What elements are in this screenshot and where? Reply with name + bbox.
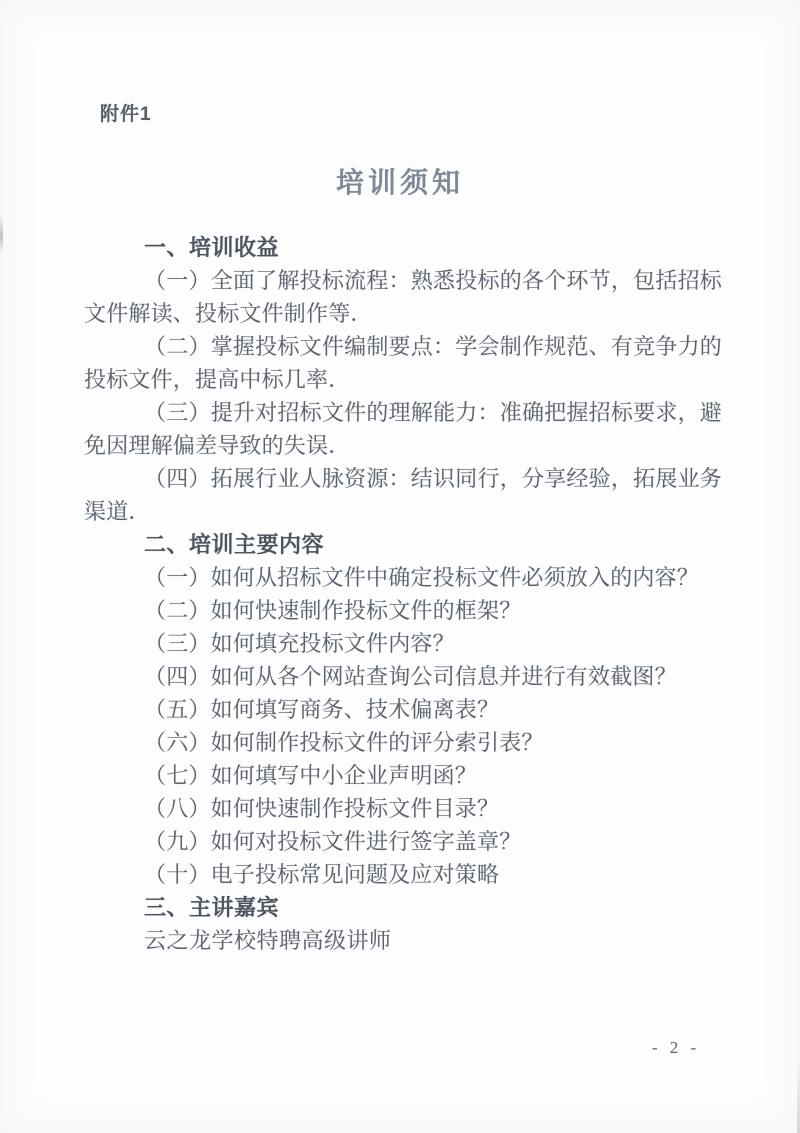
content-item: （八）如何快速制作投标文件目录？ <box>84 792 722 825</box>
content-item: （五）如何填写商务、技术偏离表？ <box>84 693 722 726</box>
content-item: （三）如何填充投标文件内容？ <box>84 627 722 660</box>
content-item: （九）如何对投标文件进行签字盖章？ <box>84 825 722 858</box>
benefit-paragraph: （四）拓展行业人脉资源：结识同行，分享经验，拓展业务渠道． <box>84 462 722 528</box>
content-item: （六）如何制作投标文件的评分索引表？ <box>84 726 722 759</box>
content-item: （七）如何填写中小企业声明函？ <box>84 759 722 792</box>
attachment-label: 附件1 <box>100 99 152 126</box>
scan-edge-left <box>0 215 3 255</box>
benefit-paragraph: （二）掌握投标文件编制要点：学会制作规范、有竞争力的投标文件，提高中标几率． <box>84 330 722 396</box>
content-item: （一）如何从招标文件中确定投标文件必须放入的内容？ <box>84 561 722 594</box>
page-title: 培训须知 <box>0 161 800 201</box>
document-body: 一、培训收益 （一）全面了解投标流程：熟悉投标的各个环节，包括招标文件解读、投标… <box>84 231 722 957</box>
content-item: （二）如何快速制作投标文件的框架？ <box>84 594 722 627</box>
section-heading-benefits: 一、培训收益 <box>84 231 722 264</box>
speaker-line: 云之龙学校特聘高级讲师 <box>84 924 722 957</box>
benefit-paragraph: （一）全面了解投标流程：熟悉投标的各个环节，包括招标文件解读、投标文件制作等． <box>84 264 722 330</box>
benefit-paragraph: （三）提升对招标文件的理解能力：准确把握招标要求，避免因理解偏差导致的失误． <box>84 396 722 462</box>
section-heading-speaker: 三、主讲嘉宾 <box>84 891 722 924</box>
section-heading-content: 二、培训主要内容 <box>84 528 722 561</box>
document-page: 附件1 培训须知 一、培训收益 （一）全面了解投标流程：熟悉投标的各个环节，包括… <box>0 0 800 1133</box>
content-item: （十）电子投标常见问题及应对策略 <box>84 858 722 891</box>
page-number: - 2 - <box>636 1038 716 1058</box>
content-item: （四）如何从各个网站查询公司信息并进行有效截图？ <box>84 660 722 693</box>
